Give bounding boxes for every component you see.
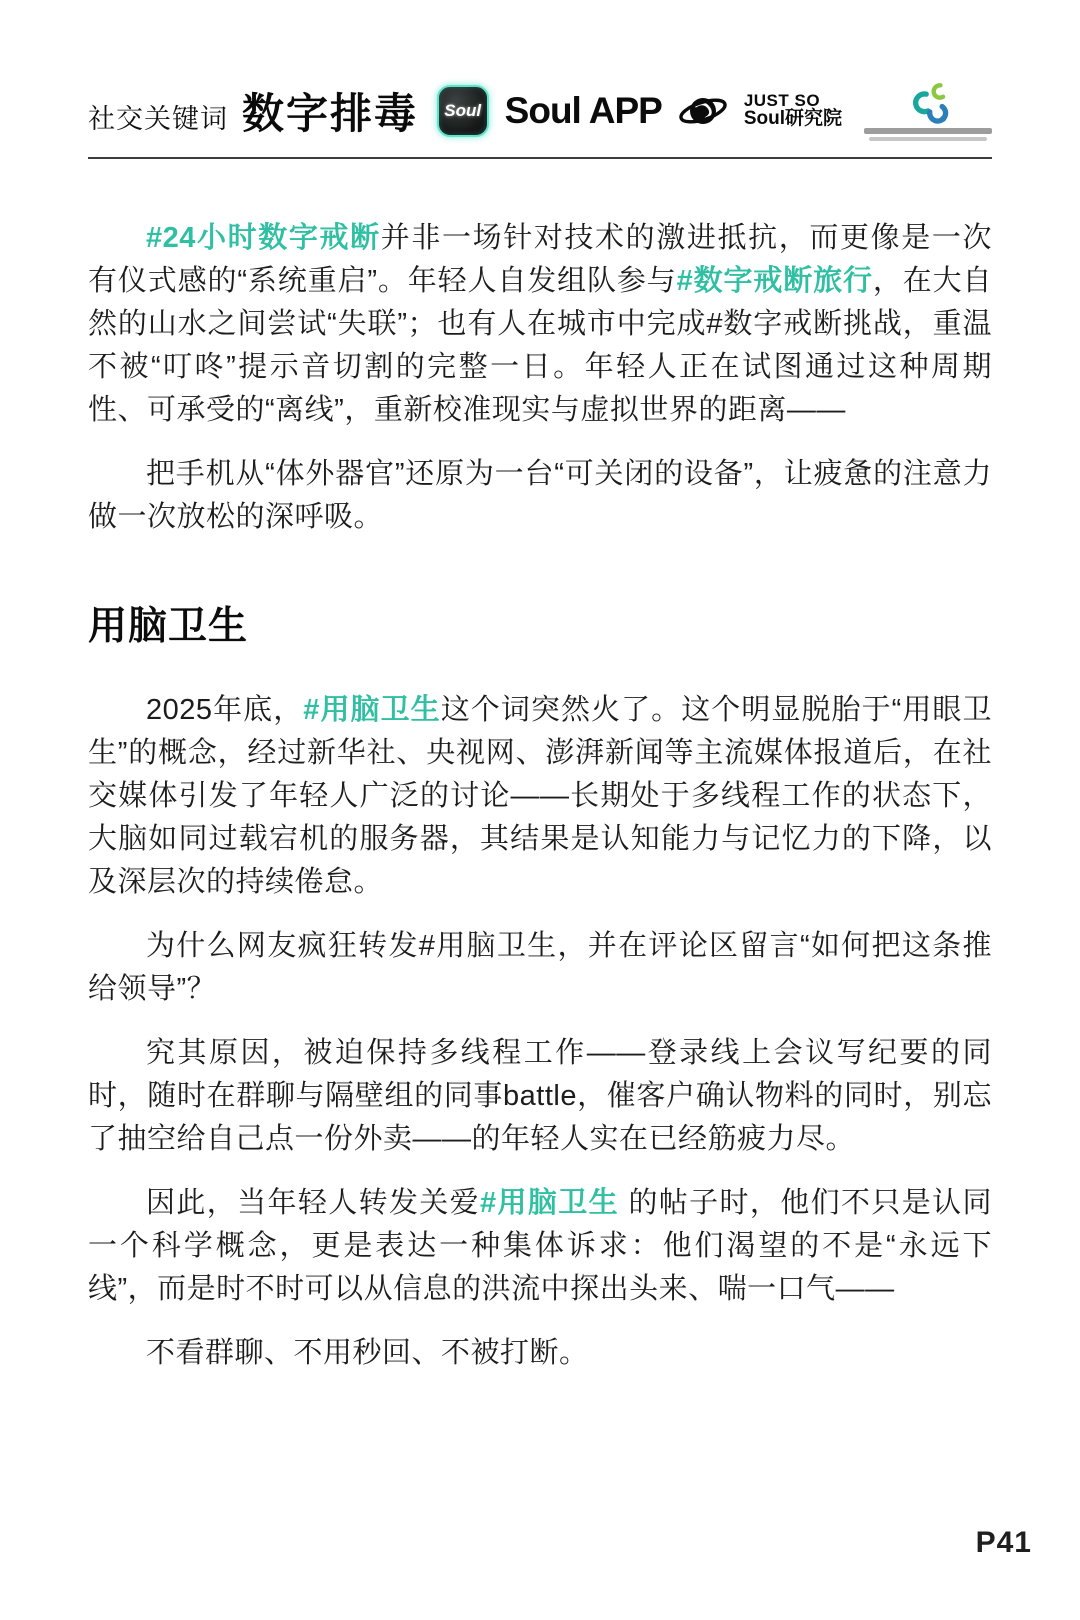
category-label: 社交关键词 [88,97,228,136]
org-caption-line2 [869,137,987,141]
research-institute-wordmark: JUST SO Soul研究院 [744,92,842,130]
org-caption-text [864,128,992,141]
org-swirl-icon [899,80,957,126]
research-line1: JUST SO [744,92,842,110]
page-header: 社交关键词 数字排毒 Soul Soul APP JUST SO Soul研究院 [88,80,992,159]
hashtag-highlight: #数字戒断旅行 [677,265,873,297]
paragraph-digital-fasting: #24小时数字戒断并非一场针对技术的激进抵抗，而更像是一次有仪式感的“系统重启”… [88,217,992,432]
paragraph-brain-hygiene-origin: 2025年底，#用脑卫生这个词突然火了。这个明显脱胎于“用眼卫生”的概念，经过新… [88,689,992,904]
text-run: 不看群聊、不用秒回、不被打断。 [146,1337,589,1369]
text-run: 究其原因，被迫保持多线程工作——登录线上会议写纪要的同时，随时在群聊与隔壁组的同… [88,1037,992,1155]
soul-app-icon: Soul [437,85,489,137]
text-run: 2025年底， [146,694,303,726]
paragraph-phone-device: 把手机从“体外器官”还原为一台“可关闭的设备”，让疲惫的注意力做一次放松的深呼吸… [88,453,992,539]
paragraph-closing-line: 不看群聊、不用秒回、不被打断。 [88,1332,992,1375]
paragraph-multitask-exhaustion: 究其原因，被迫保持多线程工作——登录线上会议写纪要的同时，随时在群聊与隔壁组的同… [88,1032,992,1161]
soul-app-wordmark: Soul APP [505,90,662,132]
research-line2: Soul研究院 [744,109,842,129]
org-logo [864,80,992,141]
text-run: 把手机从“体外器官”还原为一台“可关闭的设备”，让疲惫的注意力做一次放松的深呼吸… [88,458,992,533]
text-run: 因此，当年轻人转发关爱 [146,1187,480,1219]
page-title: 数字排毒 [242,81,418,141]
text-run: 为什么网友疯狂转发#用脑卫生，并在评论区留言“如何把这条推给领导”？ [88,930,992,1005]
header-logos: Soul Soul APP JUST SO Soul研究院 [437,80,992,141]
hashtag-highlight: #24小时数字戒断 [146,222,381,254]
soul-icon-label: Soul [444,101,481,121]
page-number: P41 [976,1526,1032,1560]
article-body: #24小时数字戒断并非一场针对技术的激进抵抗，而更像是一次有仪式感的“系统重启”… [88,217,992,1375]
paragraph-collective-appeal: 因此，当年轻人转发关爱#用脑卫生 的帖子时，他们不只是认同一个科学概念，更是表达… [88,1182,992,1311]
paragraph-why-repost: 为什么网友疯狂转发#用脑卫生，并在评论区留言“如何把这条推给领导”？ [88,925,992,1011]
section-heading-brain-hygiene: 用脑卫生 [88,595,992,651]
hashtag-highlight: #用脑卫生 [480,1187,619,1219]
header-title-group: 社交关键词 数字排毒 [88,81,418,141]
planet-icon [678,88,728,134]
org-caption-line1 [864,128,992,134]
hashtag-highlight: #用脑卫生 [303,694,440,726]
report-page: 社交关键词 数字排毒 Soul Soul APP JUST SO Soul研究院 [0,0,1080,1375]
